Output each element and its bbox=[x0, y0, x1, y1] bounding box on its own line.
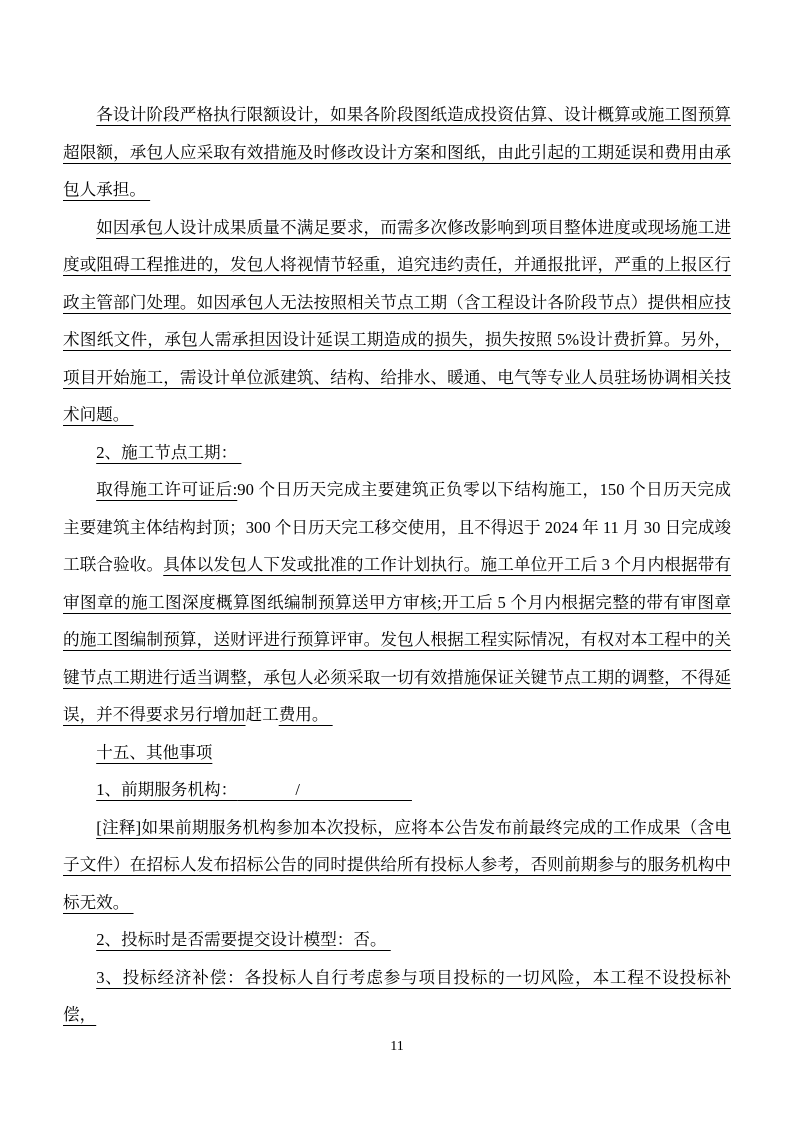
underlined-text: [注释]如果前期服务机构参加本次投标，应将本公告发布前最终完成的工作成果（含电子… bbox=[63, 818, 731, 912]
plain-text: 赶工 bbox=[246, 705, 279, 724]
underlined-text: 各设计阶段严格执行限额设计，如果各阶段图纸造成投资估算、设计概算或施工图预算超限… bbox=[63, 105, 731, 199]
underlined-text: / bbox=[237, 780, 412, 799]
page-number: 11 bbox=[390, 1039, 403, 1054]
underlined-text: 如因承包人设计成果质量不满足要求，而需多次修改影响到项目整体进度或现场施工进度或… bbox=[63, 218, 731, 425]
document-body: 各设计阶段严格执行限额设计，如果各阶段图纸造成投资估算、设计概算或施工图预算超限… bbox=[63, 96, 731, 1034]
underlined-text: 取得施工许可证后: bbox=[96, 480, 237, 499]
document-page: 各设计阶段严格执行限额设计，如果各阶段图纸造成投资估算、设计概算或施工图预算超限… bbox=[0, 0, 794, 1123]
para-milestone-heading: 2、施工节点工期： bbox=[63, 434, 731, 472]
underlined-text: 1、前期服务机构： bbox=[96, 780, 237, 799]
para-preliminary-service-agency: 1、前期服务机构： / bbox=[63, 771, 731, 809]
underlined-text: 3、投标经济补偿：各投标人自行考虑参与项目投标的一切风险，本工程不设投标补偿， bbox=[63, 968, 731, 1025]
para-note-preliminary-agency: [注释]如果前期服务机构参加本次投标，应将本公告发布前最终完成的工作成果（含电子… bbox=[63, 809, 731, 922]
underlined-text: 十五、其他事项 bbox=[96, 743, 212, 762]
page-footer: 11 bbox=[0, 1038, 794, 1056]
underlined-text: 2、投标时是否需要提交设计模型：否。 bbox=[96, 930, 391, 949]
underlined-text: 具体以发包人下发或批准的工作计划执行。施工单位开工后 3 个月内根据带有审图章的… bbox=[63, 555, 731, 724]
para-bid-compensation: 3、投标经济补偿：各投标人自行考虑参与项目投标的一切风险，本工程不设投标补偿， bbox=[63, 959, 731, 1034]
para-other-matters-heading: 十五、其他事项 bbox=[63, 734, 731, 772]
underlined-text: 2、施工节点工期： bbox=[96, 443, 241, 462]
underlined-text: 费用。 bbox=[279, 705, 333, 724]
para-limit-design: 各设计阶段严格执行限额设计，如果各阶段图纸造成投资估算、设计概算或施工图预算超限… bbox=[63, 96, 731, 209]
para-design-model: 2、投标时是否需要提交设计模型：否。 bbox=[63, 921, 731, 959]
para-design-quality-penalty: 如因承包人设计成果质量不满足要求，而需多次修改影响到项目整体进度或现场施工进度或… bbox=[63, 209, 731, 434]
para-milestone-schedule: 取得施工许可证后:90 个日历天完成主要建筑正负零以下结构施工，150 个日历天… bbox=[63, 471, 731, 734]
